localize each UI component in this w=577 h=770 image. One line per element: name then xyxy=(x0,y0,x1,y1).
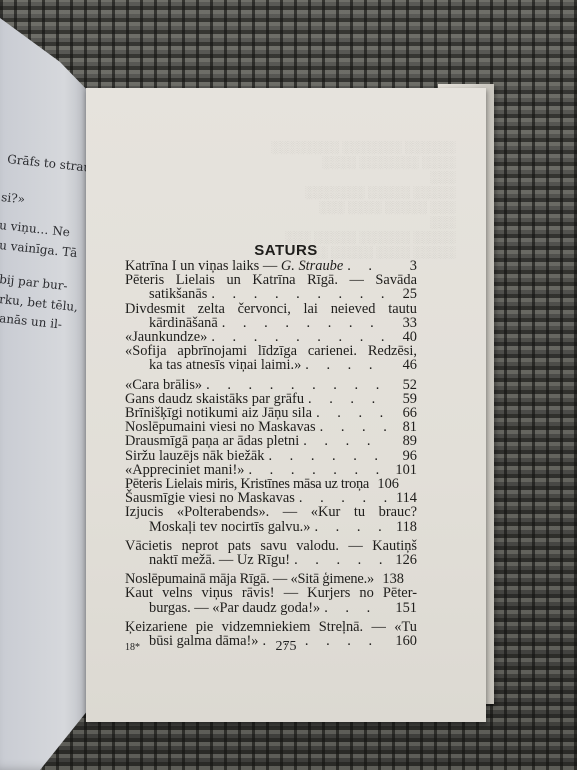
entry-title-cont: burgas. — «Par daudz goda!» xyxy=(149,601,320,615)
leader-dots xyxy=(305,358,387,372)
entry-title-cont: kārdināšanā xyxy=(149,316,218,330)
entry-title: «Jaunkundze» xyxy=(125,330,207,344)
left-page-text: si?» xyxy=(1,190,26,206)
entry-page-number: 96 xyxy=(391,449,417,463)
entry-page-number: 89 xyxy=(391,434,417,448)
leader-dots xyxy=(248,463,387,477)
entry-page-number: 101 xyxy=(391,463,417,477)
entry-title: «Sofija apbrīnojami līdzīga carienei. Re… xyxy=(125,344,417,358)
entry-page-number: 59 xyxy=(391,392,417,406)
entry-title: Izjucis «Polterabends». — «Kur tu brauc? xyxy=(125,505,417,519)
entry-title: Noslēpumaini viesi no Maskavas xyxy=(125,420,316,434)
leader-dots xyxy=(222,316,387,330)
left-page-text: u viņu… Ne xyxy=(0,218,71,239)
entry-title: Noslēpumainā māja Rīgā. — «Sitā ģimene.» xyxy=(125,572,374,586)
entry-title-cont: ka tas atnesīs viņai laimi.» xyxy=(149,358,301,372)
left-page-text: bij par bur- xyxy=(0,272,68,293)
toc-entry: Noslēpumaini viesi no Maskavas81 xyxy=(125,420,417,434)
toc-entry: Brīnišķīgi notikumi aiz Jāņu sila66 xyxy=(125,406,417,420)
entry-title: Katrīna I un viņas laiks — G. Straube xyxy=(125,259,343,273)
entry-title-cont: Moskaļi tev nocirtīs galvu.» xyxy=(149,520,310,534)
toc-entry: Šausmīgie viesi no Maskavas114 xyxy=(125,491,417,505)
toc-entry: Drausmīgā paņa ar ādas pletni89 xyxy=(125,434,417,448)
toc-entry: Pēteris Lielais un Katrīna Rīgā. — Savād… xyxy=(125,273,417,301)
left-page-text: rku, bet tēlu, xyxy=(0,292,79,314)
entry-title-cont: naktī mežā. — Uz Rīgu! xyxy=(149,553,290,567)
left-book-page: Grāfs to strauji si?» u viņu… Ne u vainī… xyxy=(0,0,92,770)
leader-dots xyxy=(303,434,387,448)
toc-entry: Katrīna I un viņas laiks — G. Straube3 xyxy=(125,259,417,273)
entry-title-cont: satikšanās xyxy=(149,287,207,301)
entry-title: Kaut velns viņus rāvis! — Kurjers no Pēt… xyxy=(125,586,417,600)
entry-page-number: 106 xyxy=(373,477,399,491)
left-page-text: anās un il- xyxy=(0,311,63,332)
toc-entry: «Cara brālis»52 xyxy=(125,378,417,392)
entry-title: Siržu lauzējs nāk biežāk xyxy=(125,449,264,463)
entry-title: Vācietis neprot pats savu valodu. — Kaut… xyxy=(125,539,417,553)
toc-entry: Vācietis neprot pats savu valodu. — Kaut… xyxy=(125,539,417,567)
entry-title: Divdesmit zelta červonci, lai neieved ta… xyxy=(125,302,417,316)
toc-entry: «Appreciniet mani!»101 xyxy=(125,463,417,477)
leader-dots xyxy=(299,491,387,505)
entry-page-number: 126 xyxy=(391,553,417,567)
entry-title: Šausmīgie viesi no Maskavas xyxy=(125,491,295,505)
leader-dots xyxy=(268,449,387,463)
toc-entry: «Sofija apbrīnojami līdzīga carienei. Re… xyxy=(125,344,417,372)
entry-page-number: 114 xyxy=(391,491,417,505)
entry-title: Drausmīgā paņa ar ādas pletni xyxy=(125,434,299,448)
entry-title: Gans daudz skaistāks par grāfu xyxy=(125,392,304,406)
entry-page-number: 40 xyxy=(391,330,417,344)
contents-heading: SATURS xyxy=(86,242,486,259)
toc-entry: Noslēpumainā māja Rīgā. — «Sitā ģimene.»… xyxy=(125,572,417,586)
entry-title: «Appreciniet mani!» xyxy=(125,463,244,477)
entry-page-number: 118 xyxy=(391,520,417,534)
entry-page-number: 138 xyxy=(378,572,404,586)
leader-dots xyxy=(294,553,387,567)
toc-entry: «Jaunkundze»40 xyxy=(125,330,417,344)
leader-dots xyxy=(320,420,387,434)
leader-dots xyxy=(347,259,387,273)
entry-page-number: 33 xyxy=(391,316,417,330)
entry-page-number: 25 xyxy=(391,287,417,301)
leader-dots xyxy=(206,378,387,392)
leader-dots xyxy=(211,287,387,301)
entry-page-number: 3 xyxy=(391,259,417,273)
book-page-contents: ░░░░░░ ░░░░░░░ ░░░░░░░░░░░░ ░░░░░░░ ░░░░… xyxy=(86,88,486,722)
leader-dots xyxy=(211,330,387,344)
leader-dots xyxy=(324,601,387,615)
page-number: 275 xyxy=(86,639,486,655)
left-page-text: u vainīga. Tā xyxy=(0,238,78,260)
entry-page-number: 151 xyxy=(391,601,417,615)
toc-entry: Gans daudz skaistāks par grāfu59 xyxy=(125,392,417,406)
toc-entry: Kaut velns viņus rāvis! — Kurjers no Pēt… xyxy=(125,586,417,614)
entry-title: Ķeizariene pie vidzemniekiem Streļnā. — … xyxy=(125,620,417,634)
leader-dots xyxy=(316,406,387,420)
entry-title: Pēteris Lielais un Katrīna Rīgā. — Savād… xyxy=(125,273,417,287)
table-of-contents: Katrīna I un viņas laiks — G. Straube3 P… xyxy=(125,259,417,648)
entry-page-number: 66 xyxy=(391,406,417,420)
toc-entry: Siržu lauzējs nāk biežāk96 xyxy=(125,449,417,463)
entry-page-number: 52 xyxy=(391,378,417,392)
entry-page-number: 46 xyxy=(391,358,417,372)
entry-title: «Cara brālis» xyxy=(125,378,202,392)
leader-dots xyxy=(314,520,387,534)
toc-entry: Izjucis «Polterabends». — «Kur tu brauc?… xyxy=(125,505,417,533)
toc-entry: Divdesmit zelta červonci, lai neieved ta… xyxy=(125,302,417,330)
leader-dots xyxy=(308,392,387,406)
entry-page-number: 81 xyxy=(391,420,417,434)
entry-title: Brīnišķīgi notikumi aiz Jāņu sila xyxy=(125,406,312,420)
